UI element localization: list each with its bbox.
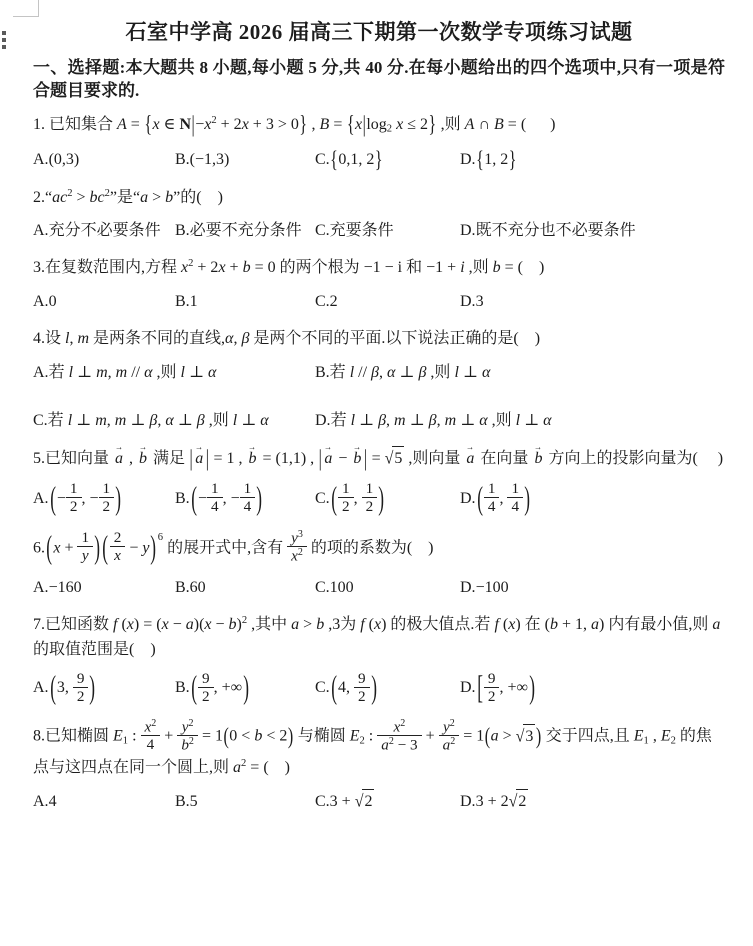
numerator: 1 <box>77 529 93 546</box>
math-roman: 2 <box>358 688 366 705</box>
math-roman: ⊥ <box>126 412 149 429</box>
math-roman: 4 <box>488 498 496 515</box>
big-delimiter: ) <box>528 666 537 715</box>
math-roman: ∈ <box>160 116 180 133</box>
math-roman: − <box>334 450 351 467</box>
math-roman: + <box>60 539 77 556</box>
option-label: A. <box>33 364 49 381</box>
question-6-option-B: B.60 <box>175 576 315 600</box>
math-italic: a <box>186 616 194 633</box>
exam-title: 石室中学高 2026 届高三下期第一次数学专项练习试题 <box>33 16 725 46</box>
question-3: 3.在复数范围内,方程 x2 + 2x + b = 0 的两个根为 −1 − i… <box>33 256 725 314</box>
math-roman: > <box>148 189 165 206</box>
text-run: 是两条不同的直线, <box>89 330 225 347</box>
question-7-option-C: C.(4, 92) <box>315 671 460 706</box>
math-roman: 3 + <box>330 793 355 810</box>
math-italic: y <box>182 718 189 735</box>
options-row: A.4B.5C.3 + √2D.3 + 2√2 <box>33 789 725 814</box>
fraction: 2x <box>110 529 126 564</box>
question-8-option-C: C.3 + √2 <box>315 789 460 814</box>
section-heading: 一、选择题:本大题共 8 小题,每小题 5 分,共 40 分.在每小题给出的四个… <box>33 56 725 103</box>
math-roman: ( <box>117 616 126 633</box>
math-roman: 1 <box>211 480 219 497</box>
math-roman: , <box>107 412 115 429</box>
option-label: C. <box>315 680 330 697</box>
big-delimiter: ( <box>329 666 338 715</box>
question-2-option-D: D.既不充分也不必要条件 <box>460 219 725 243</box>
vector-arrow-icon: → <box>139 441 147 456</box>
math-roman: ⊥ <box>355 412 378 429</box>
option-label: D. <box>460 490 476 507</box>
math-roman: , <box>308 116 320 133</box>
math-italic: B <box>320 116 330 133</box>
math-italic: b <box>316 616 324 633</box>
math-roman: + 3 > 0 <box>249 116 299 133</box>
question-4: 4.设 l, m 是两条不同的直线,α, β 是两个不同的平面.以下说法正确的是… <box>33 327 725 433</box>
options-row: A.−160B.60C.100D.−100 <box>33 576 725 600</box>
math-italic: y <box>291 529 298 546</box>
numerator: 1 <box>484 480 500 497</box>
square-root: √2 <box>509 789 529 814</box>
question-stem: 2.“ac2 > bc2”是“a > b”的( ) <box>33 186 725 211</box>
vector: →b <box>138 447 148 472</box>
math-italic: E <box>113 728 123 745</box>
option-label: B. <box>175 151 190 168</box>
question-stem: 8.已知椭圆 E1 : x24 + y2b2 = 1(0 < b < 2) 与椭… <box>33 719 725 780</box>
math-roman: // <box>127 364 144 381</box>
question-2-option-C: C.充要条件 <box>315 219 460 243</box>
question-8-option-A: A.4 <box>33 790 175 814</box>
question-stem: 7.已知函数 f (x) = (x − a)(x − b)2 ,其中 a > b… <box>33 613 725 663</box>
delimiter: ( <box>223 721 229 757</box>
fraction: 14 <box>484 480 500 515</box>
math-italic: A <box>465 116 475 133</box>
math-roman: −1 − i <box>364 259 407 276</box>
math-roman: 9 <box>358 670 366 687</box>
math-roman: 0 <box>49 293 57 310</box>
vector: →a <box>194 447 204 472</box>
text-run: 2.“ <box>33 189 52 206</box>
text-run: 充分不必要条件 <box>49 222 161 239</box>
math-italic: b <box>243 259 251 276</box>
math-roman: // <box>354 364 371 381</box>
denominator: x2 <box>287 546 307 565</box>
numerator: y3 <box>287 529 307 547</box>
math-italic: a <box>381 737 389 754</box>
math-roman: , +∞ <box>499 680 527 697</box>
fraction: y2b2 <box>177 718 198 754</box>
math-italic: a <box>233 759 241 776</box>
math-italic: y <box>443 718 450 735</box>
math-roman: 1 <box>190 293 198 310</box>
math-roman: 1 <box>511 480 519 497</box>
math-roman: 4 <box>49 793 57 810</box>
vector-arrow-icon: → <box>115 441 123 456</box>
denominator: 4 <box>141 735 161 753</box>
option-label: D. <box>460 579 476 596</box>
denominator: 4 <box>507 497 523 515</box>
question-1: 1. 已知集合 A = {x ∈ N|−x2 + 2x + 3 > 0} , B… <box>33 113 725 173</box>
question-7-option-D: D.[92, +∞) <box>460 671 725 706</box>
math-roman: , <box>354 490 362 507</box>
text-run: 4.设 <box>33 330 65 347</box>
math-italic: α <box>165 412 173 429</box>
text-run: 3.在复数范围内,方程 <box>33 259 181 276</box>
text-run: 1. 已知集合 <box>33 116 117 133</box>
denominator: 2 <box>362 497 378 515</box>
text-run: 在向量 <box>476 450 532 467</box>
math-roman: + <box>422 728 439 745</box>
math-roman: 1 <box>488 480 496 497</box>
big-delimiter: ) <box>88 666 97 715</box>
math-roman: = 1 , <box>209 450 246 467</box>
math-roman: = ( ) <box>246 759 290 776</box>
math-roman: ⊥ <box>72 412 95 429</box>
math-roman: 2 <box>330 293 338 310</box>
math-roman: ⊥ <box>174 412 197 429</box>
fraction: 92 <box>354 670 370 705</box>
math-roman: 3 <box>476 293 484 310</box>
math-roman: , <box>437 412 445 429</box>
math-roman: , <box>379 364 387 381</box>
option-label: B. <box>175 222 190 239</box>
math-italic: b <box>493 259 501 276</box>
denominator: 2 <box>66 497 82 515</box>
numerator: 9 <box>198 670 214 687</box>
text-run: ,则 <box>465 259 493 276</box>
question-3-option-B: B.1 <box>175 290 315 314</box>
text-run: 的项的系数为( ) <box>307 539 434 556</box>
big-delimiter: ) <box>242 666 251 715</box>
option-label: B. <box>175 579 190 596</box>
math-italic: m <box>445 412 457 429</box>
delimiter: { <box>144 108 153 144</box>
text-run: 若 <box>331 412 351 429</box>
math-italic: a <box>591 616 599 633</box>
question-7-option-B: B.(92, +∞) <box>175 671 315 706</box>
question-stem: 3.在复数范围内,方程 x2 + 2x + b = 0 的两个根为 −1 − i… <box>33 256 725 281</box>
option-label: A. <box>33 222 49 239</box>
math-roman: > <box>73 189 90 206</box>
math-roman: = ( ) <box>501 259 545 276</box>
question-6-option-A: A.−160 <box>33 576 175 600</box>
math-bold: N <box>179 116 191 133</box>
option-label: A. <box>33 293 49 310</box>
text-run: 交于四点,且 <box>542 728 634 745</box>
text-run: 与椭圆 <box>294 728 350 745</box>
fraction: 14 <box>507 480 523 515</box>
question-4-option-B: B.若 l // β, α ⊥ β ,则 l ⊥ α <box>315 361 725 385</box>
text-run: ,其中 <box>247 616 291 633</box>
math-italic: α <box>543 412 551 429</box>
question-8: 8.已知椭圆 E1 : x24 + y2b2 = 1(0 < b < 2) 与椭… <box>33 719 725 814</box>
delimiter: } <box>428 108 437 144</box>
corner-mark <box>13 0 39 17</box>
math-roman: 9 <box>488 670 496 687</box>
radical-icon: √ <box>509 789 518 815</box>
math-roman: ( <box>499 616 508 633</box>
text-run: 若 <box>49 364 69 381</box>
math-roman: ⊥ <box>456 412 479 429</box>
math-roman: 100 <box>330 579 354 596</box>
math-italic: x <box>355 116 362 133</box>
vector: →b <box>247 447 257 472</box>
denominator: 2 <box>338 497 354 515</box>
options-row: A.(3, 92)B.(92, +∞)C.(4, 92)D.[92, +∞) <box>33 671 725 706</box>
delimiter: | <box>362 108 366 144</box>
big-delimiter: ) <box>114 476 123 525</box>
math-roman: = 0 <box>251 259 280 276</box>
text-run: 8.已知椭圆 <box>33 728 113 745</box>
vector: →a <box>465 447 475 472</box>
math-roman: ⊥ <box>520 412 543 429</box>
math-roman: − <box>169 616 186 633</box>
text-run: 充要条件 <box>330 222 394 239</box>
option-label: D. <box>460 222 476 239</box>
math-roman: 1 <box>103 480 111 497</box>
math-italic: y <box>82 547 89 564</box>
math-roman: 1 <box>70 480 78 497</box>
math-roman: = 1 <box>198 728 223 745</box>
question-3-option-C: C.2 <box>315 290 460 314</box>
math-italic: a <box>291 616 299 633</box>
math-italic: bc <box>90 189 105 206</box>
math-italic: x <box>162 616 169 633</box>
option-label: A. <box>33 680 49 697</box>
math-italic: b <box>550 616 558 633</box>
text-run: 既不充分也不必要条件 <box>476 222 636 239</box>
math-italic: α <box>144 364 152 381</box>
math-roman: 2 <box>114 529 122 546</box>
math-roman: 1 <box>244 480 252 497</box>
math-roman: ⊥ <box>185 364 208 381</box>
numerator: 1 <box>507 480 523 497</box>
vector-arrow-icon: → <box>353 441 361 456</box>
delimiter: | <box>318 442 322 478</box>
text-run: ,则 <box>426 364 454 381</box>
math-roman: 2 <box>488 688 496 705</box>
fraction: 12 <box>66 480 82 515</box>
question-3-option-A: A.0 <box>33 290 175 314</box>
numerator: 1 <box>338 480 354 497</box>
question-stem: 6.(x + 1y)(2x − y)6 的展开式中,含有 y3x2 的项的系数为… <box>33 530 725 567</box>
text-run: 是两个不同的平面.以下说法正确的是( ) <box>249 330 540 347</box>
numerator: 1 <box>362 480 378 497</box>
numerator: 1 <box>240 480 256 497</box>
fraction: 12 <box>99 480 115 515</box>
math-italic: x <box>127 616 134 633</box>
math-roman: 1 <box>342 480 350 497</box>
fraction: 92 <box>73 670 89 705</box>
superscript: 2 <box>151 718 156 729</box>
options-row: A.(−12, −12)B.(−14, −14)C.(12, 12)D.(14,… <box>33 482 725 517</box>
math-italic: a <box>491 728 499 745</box>
math-italic: B <box>494 116 504 133</box>
math-italic: x <box>153 116 160 133</box>
denominator: 2 <box>198 687 214 705</box>
math-italic: x <box>114 547 121 564</box>
delimiter: ) <box>287 721 293 757</box>
math-italic: A <box>117 116 127 133</box>
delimiter: } <box>508 143 517 178</box>
numerator: 9 <box>354 670 370 687</box>
option-label: C. <box>315 579 330 596</box>
math-italic: m <box>77 330 89 347</box>
option-label: A. <box>33 490 49 507</box>
math-roman: 3 + 2 <box>476 793 509 810</box>
big-delimiter: ( <box>189 476 198 525</box>
big-delimiter: ( <box>48 476 57 525</box>
delimiter: | <box>363 442 367 478</box>
math-roman: −100 <box>476 579 509 596</box>
fraction: x24 <box>141 718 161 754</box>
question-7-option-A: A.(3, 92) <box>33 671 175 706</box>
math-roman: + 2 <box>217 116 242 133</box>
math-roman: , <box>649 728 661 745</box>
big-delimiter: ) <box>523 476 532 525</box>
options-row: A.充分不必要条件B.必要不充分条件C.充要条件D.既不充分也不必要条件 <box>33 219 725 243</box>
math-italic: m <box>116 364 128 381</box>
exam-page: 石室中学高 2026 届高三下期第一次数学专项练习试题 一、选择题:本大题共 8… <box>0 0 753 946</box>
text-run: 内有最小值,则 <box>608 616 712 633</box>
math-roman: > <box>499 728 516 745</box>
math-italic: α <box>482 364 490 381</box>
math-roman: ⊥ <box>73 364 96 381</box>
math-roman: 2 <box>366 498 374 515</box>
delimiter: ( <box>484 721 490 757</box>
text-run: 的展开式中,含有 <box>163 539 287 556</box>
math-italic: m <box>95 412 107 429</box>
radical-icon: √ <box>516 724 525 751</box>
text-run: 的极大值点.若 <box>390 616 494 633</box>
superscript: 2 <box>189 718 194 729</box>
math-roman: 1, 2 <box>484 151 508 168</box>
math-italic: b <box>229 616 237 633</box>
big-delimiter: ( <box>475 476 484 525</box>
margin-dots-icon <box>2 31 6 52</box>
square-root: √3 <box>516 724 536 750</box>
math-roman: , +∞ <box>214 680 242 697</box>
radical-icon: √ <box>385 446 394 473</box>
math-roman: ≤ 2 <box>403 116 428 133</box>
option-label: D. <box>315 412 331 429</box>
text-run: ”的( ) <box>173 189 223 206</box>
math-roman: ⊥ <box>459 364 482 381</box>
fraction: 14 <box>207 480 223 515</box>
superscript: 2 <box>450 736 455 747</box>
math-italic: β <box>378 412 386 429</box>
big-delimiter: ( <box>101 525 110 576</box>
math-italic: x <box>204 616 211 633</box>
option-label: A. <box>33 579 49 596</box>
math-roman: 4 <box>511 498 519 515</box>
question-2-option-B: B.必要不充分条件 <box>175 219 315 243</box>
vector-arrow-icon: → <box>195 441 203 456</box>
question-list: 1. 已知集合 A = {x ∈ N|−x2 + 2x + 3 > 0} , B… <box>33 113 725 814</box>
math-roman: 4 <box>244 498 252 515</box>
math-italic: β <box>197 412 205 429</box>
question-7: 7.已知函数 f (x) = (x − a)(x − b)2 ,其中 a > b… <box>33 613 725 707</box>
math-roman: ⊥ <box>237 412 260 429</box>
options-row: A.若 l ⊥ m, m // α ,则 l ⊥ αB.若 l // β, α … <box>33 361 725 433</box>
math-roman: + <box>226 259 243 276</box>
text-run: ,则 <box>153 364 181 381</box>
question-8-option-D: D.3 + 2√2 <box>460 789 725 814</box>
question-5: 5.已知向量 →a , →b 满足 |→a| = 1 , →b = (1,1) … <box>33 446 725 517</box>
radicand: 3 <box>523 724 535 750</box>
math-italic: x <box>218 259 225 276</box>
math-italic: α <box>260 412 268 429</box>
numerator: y2 <box>177 718 198 736</box>
math-roman: 2 <box>518 793 526 810</box>
option-label: C. <box>315 151 330 168</box>
delimiter: { <box>476 143 485 178</box>
big-delimiter: ) <box>369 666 378 715</box>
text-run: 5.已知向量 <box>33 450 113 467</box>
question-5-option-C: C.(12, 12) <box>315 482 460 517</box>
math-roman: = 1 <box>459 728 484 745</box>
delimiter: { <box>346 108 355 144</box>
denominator: 2 <box>484 687 500 705</box>
math-roman: 5 <box>394 450 402 467</box>
question-1-option-B: B.(−1,3) <box>175 148 315 172</box>
question-6-option-D: D.−100 <box>460 576 725 600</box>
option-label: B. <box>315 364 330 381</box>
delimiter: | <box>189 442 193 478</box>
numerator: 9 <box>73 670 89 687</box>
fraction: 92 <box>484 670 500 705</box>
option-label: C. <box>315 490 330 507</box>
question-2-option-A: A.充分不必要条件 <box>33 219 175 243</box>
delimiter: | <box>191 108 195 144</box>
radicand: 2 <box>516 789 528 814</box>
numerator: 1 <box>207 480 223 497</box>
question-4-option-C: C.若 l ⊥ m, m ⊥ β, α ⊥ β ,则 l ⊥ α <box>33 409 315 433</box>
vector-arrow-icon: → <box>324 441 332 456</box>
margin-dot <box>2 31 6 35</box>
radical-icon: √ <box>355 789 364 815</box>
question-6: 6.(x + 1y)(2x − y)6 的展开式中,含有 y3x2 的项的系数为… <box>33 530 725 600</box>
question-5-option-D: D.(14, 14) <box>460 482 725 517</box>
text-run: ,3为 <box>324 616 360 633</box>
text-run: ,则向量 <box>404 450 464 467</box>
question-1-option-A: A.(0,3) <box>33 148 175 172</box>
question-4-option-D: D.若 l ⊥ β, m ⊥ β, m ⊥ α ,则 l ⊥ α <box>315 409 725 433</box>
denominator: 4 <box>207 497 223 515</box>
math-roman: −1 + <box>426 259 460 276</box>
math-roman: −160 <box>49 579 82 596</box>
option-label: B. <box>175 490 190 507</box>
numerator: 1 <box>66 480 82 497</box>
math-roman: 60 <box>190 579 206 596</box>
math-roman: + <box>160 728 177 745</box>
math-roman: ( <box>365 616 374 633</box>
big-delimiter: ( <box>189 666 198 715</box>
numerator: y2 <box>439 718 460 736</box>
text-run: 在 <box>525 616 545 633</box>
delimiter: } <box>299 108 308 144</box>
text-run: 满足 <box>149 450 189 467</box>
text-run: 必要不充分条件 <box>190 222 302 239</box>
denominator: 2 <box>354 687 370 705</box>
math-roman: : <box>365 728 377 745</box>
option-label: B. <box>175 793 190 810</box>
numerator: 9 <box>484 670 500 687</box>
math-roman: − <box>198 490 207 507</box>
math-roman: 1 <box>81 529 89 546</box>
fraction: y2a2 <box>439 718 460 754</box>
math-italic: β <box>371 364 379 381</box>
